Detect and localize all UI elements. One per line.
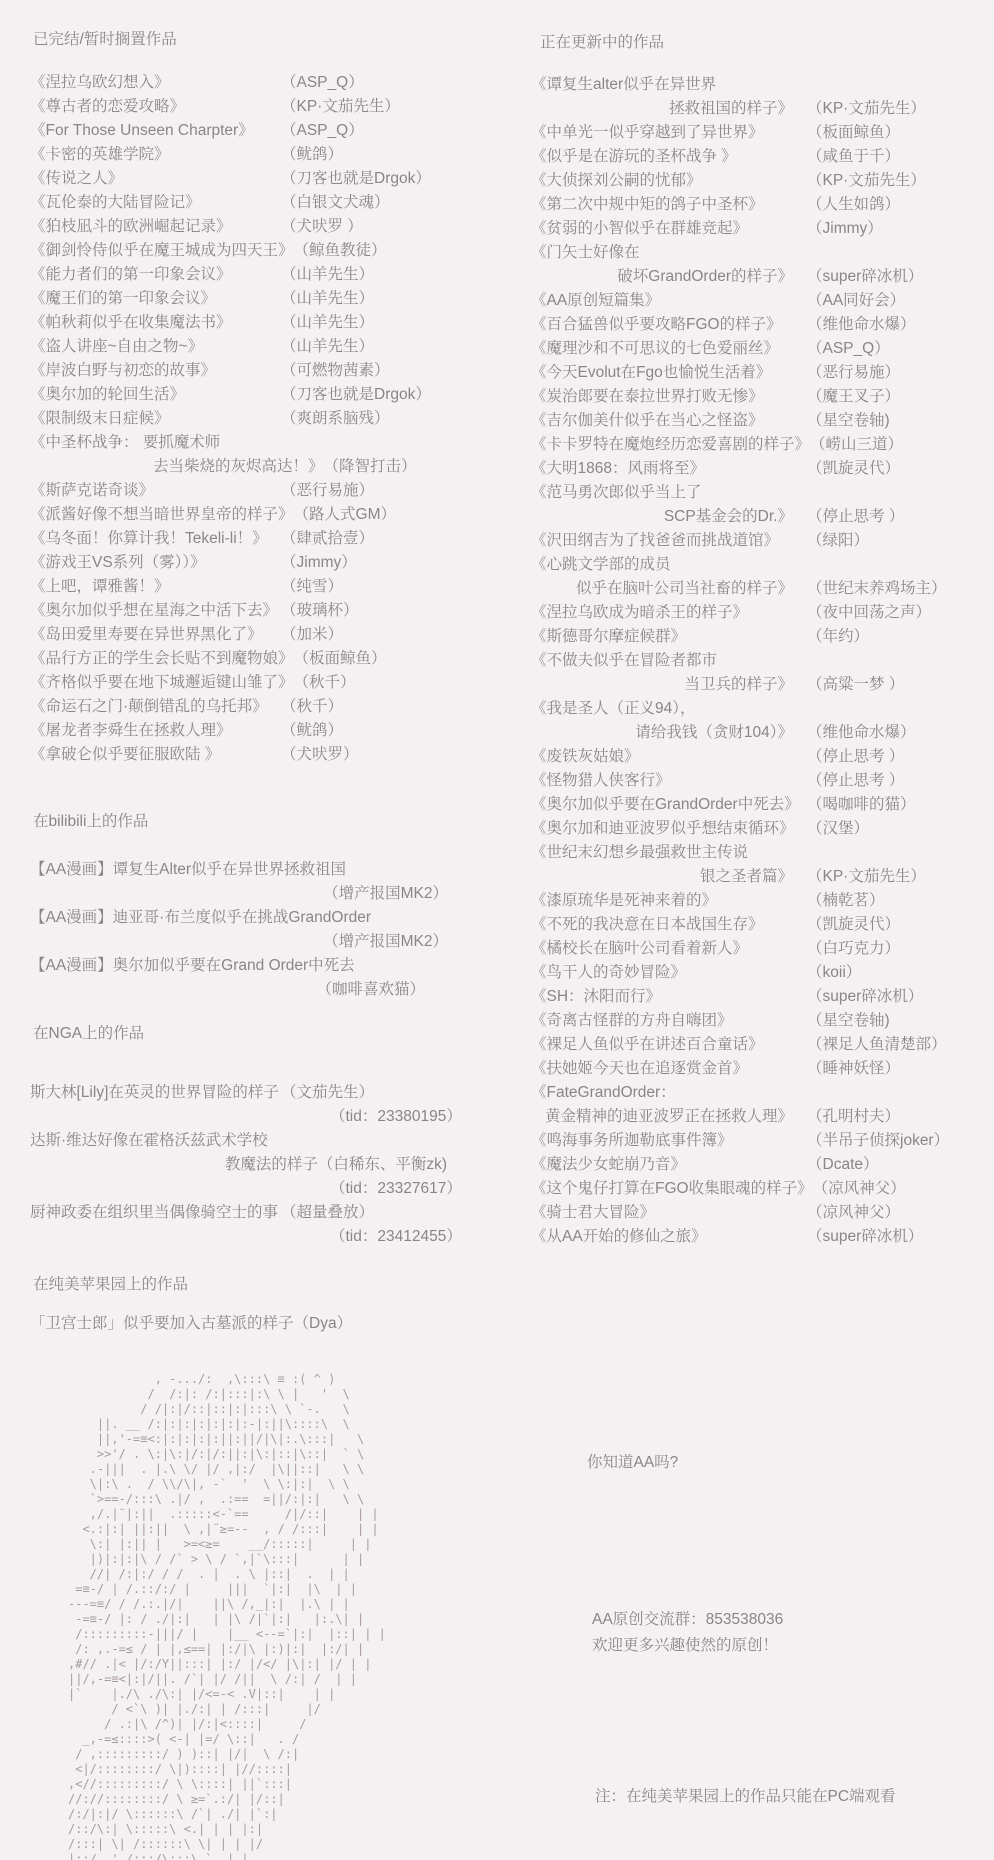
- work-title: 《世纪末幻想乡最强救世主传说: [531, 841, 807, 865]
- work-title: 《漆原琉华是死神来着的》: [531, 889, 807, 913]
- work-title: （tid：23380195）: [30, 1105, 462, 1129]
- work-row: 《心跳文学部的成员: [531, 553, 991, 577]
- work-title: 教魔法的样子（白稀东、平衡zk): [30, 1153, 447, 1177]
- work-author: （刀客也就是Drgok）: [281, 167, 431, 191]
- work-title: 【AA漫画】奥尔加似乎要在Grand Order中死去: [30, 954, 355, 978]
- work-title: 《派酱好像不想当暗世界皇帝的样子》: [30, 503, 294, 527]
- work-row: 「卫宫士郎」似乎要加入古墓派的样子 （Dya）: [30, 1312, 480, 1336]
- work-author: （崂山三道）: [810, 433, 903, 457]
- work-row: 《拿破仑似乎要征服欧陆 》 （犬吠罗）: [30, 743, 460, 767]
- work-title: 《奥尔加似乎要在GrandOrder中死去》: [531, 793, 807, 817]
- section-header-finished: 已完结/暂时搁置作品: [33, 28, 177, 52]
- work-row: 《AA原创短篇集》 （AA同好会）: [531, 289, 991, 313]
- work-title: 《第二次中规中矩的鸽子中圣杯》: [531, 193, 807, 217]
- work-title: 《怪物猎人侠客行》: [531, 769, 807, 793]
- work-row: 《游戏王VS系列（雾））》 （Jimmy）: [30, 551, 460, 575]
- note-welcome: 欢迎更多兴趣使然的原创！: [592, 1633, 778, 1659]
- work-row: 《卡卡罗特在魔炮经历恋爱喜剧的样子》 （崂山三道）: [531, 433, 991, 457]
- work-title: 《似乎是在游玩的圣杯战争 》: [531, 145, 807, 169]
- work-title: 《品行方正的学生会长贴不到魔物娘》: [30, 647, 294, 671]
- work-row: 《第二次中规中矩的鸽子中圣杯》 （人生如鸽）: [531, 193, 991, 217]
- section-header-bilibili: 在bilibili上的作品: [33, 810, 148, 834]
- work-author: （板面鲸鱼）: [294, 647, 387, 671]
- updating-works-list: 《谭复生alter似乎在异世界 拯救祖国的样子》 （KP·文茄先生） 《中单光一…: [531, 73, 991, 1249]
- work-title: 《不做夫似乎在冒险者都市: [531, 649, 807, 673]
- work-author: （半吊子侦探joker）: [807, 1129, 949, 1153]
- work-row: 《奥尔加似乎想在星海之中活下去》 （玻璃杯）: [30, 599, 460, 623]
- work-author: （山羊先生）: [281, 263, 374, 287]
- work-title: 《骑士君大冒险》: [531, 1201, 807, 1225]
- work-row: 斯大林[Lily]在英灵的世界冒险的样子 （文茄先生）: [30, 1081, 480, 1105]
- work-title: 《沢田纲吉为了找爸爸而挑战道馆》: [531, 529, 807, 553]
- work-row: 《瓦伦泰的大陆冒险记》 （白银文犬魂）: [30, 191, 460, 215]
- work-author: （楠乾茗）: [807, 889, 885, 913]
- work-row: 《奇离古怪群的方舟自嗨团》 （星空卷轴): [531, 1009, 991, 1033]
- work-title: 《范马勇次郎似乎当上了: [531, 481, 807, 505]
- work-title: （咖啡喜欢猫）: [30, 978, 425, 1002]
- work-author: （ASP_Q）: [807, 337, 890, 361]
- work-row: （tid：23412455）: [30, 1225, 480, 1249]
- work-title: 《御剑怜侍似乎在魔王城成为四天王》: [30, 239, 294, 263]
- work-author: （文茄先生）: [281, 1081, 374, 1105]
- work-row: 《FateGrandOrder：: [531, 1081, 991, 1105]
- work-author: （魔王叉子）: [807, 385, 900, 409]
- work-row: SCP基金会的Dr.》 （停止思考 ）: [531, 505, 991, 529]
- work-title: 《拿破仑似乎要征服欧陆 》: [30, 743, 281, 767]
- work-author: （ASP_Q）: [281, 71, 364, 95]
- work-author: （刀客也就是Drgok）: [281, 383, 431, 407]
- work-author: （super碎冰机）: [807, 1225, 923, 1249]
- work-title: 《斯德哥尔摩症候群》: [531, 625, 807, 649]
- work-author: （凉风神父）: [813, 1177, 906, 1201]
- work-author: （板面鲸鱼）: [807, 121, 900, 145]
- work-row: 《奥尔加似乎要在GrandOrder中死去》 （喝咖啡的猫）: [531, 793, 991, 817]
- work-author: （超量叠放）: [281, 1201, 374, 1225]
- work-row: （增产报国MK2）: [30, 882, 470, 906]
- work-row: 《似乎是在游玩的圣杯战争 》 （咸鱼于千）: [531, 145, 991, 169]
- work-author: （恶行易施）: [807, 361, 900, 385]
- work-row: 《中圣杯战争： 要抓魔术师: [30, 431, 460, 455]
- note-group-number: AA原创交流群：853538036: [592, 1607, 783, 1633]
- work-title: 《瓦伦泰的大陆冒险记》: [30, 191, 281, 215]
- work-author: （纯雪）: [281, 575, 343, 599]
- work-title: 《橘校长在脑叶公司看着新人》: [531, 937, 807, 961]
- work-row: 《岛田爱里寿要在异世界黑化了》 （加米）: [30, 623, 460, 647]
- work-title: 《FateGrandOrder：: [531, 1081, 807, 1105]
- work-title: （tid：23412455）: [30, 1225, 462, 1249]
- work-title: 《从AA开始的修仙之旅》: [531, 1225, 807, 1249]
- section-header-nga: 在NGA上的作品: [33, 1022, 144, 1046]
- work-author: （KP·文茄先生）: [281, 95, 400, 119]
- work-row: 当卫兵的样子》 （高粱一梦 ）: [531, 673, 991, 697]
- work-row: 厨神政委在组织里当偶像骑空士的事 （超量叠放）: [30, 1201, 480, 1225]
- work-title: 《涅拉乌欧幻想入》: [30, 71, 281, 95]
- nga-works-list: 斯大林[Lily]在英灵的世界冒险的样子 （文茄先生） （tid：2338019…: [30, 1081, 480, 1249]
- work-title: 《齐格似乎要在地下城邂逅键山雏了》: [30, 671, 294, 695]
- work-row: 《范马勇次郎似乎当上了: [531, 481, 991, 505]
- work-author: （koii）: [807, 961, 861, 985]
- work-author: （喝咖啡的猫）: [807, 793, 916, 817]
- work-author: （秋千）: [294, 671, 356, 695]
- work-author: （super碎冰机）: [807, 985, 923, 1009]
- work-author: （加米）: [281, 623, 343, 647]
- work-title: 《扶她姬今天也在追逐赏金首》: [531, 1057, 807, 1081]
- work-row: 《沢田纲吉为了找爸爸而挑战道馆》 （绿阳）: [531, 529, 991, 553]
- work-row: 《不死的我决意在日本战国生存》 （凯旋灵代）: [531, 913, 991, 937]
- work-row: 《帕秋莉似乎在收集魔法书》 （山羊先生）: [30, 311, 460, 335]
- work-row: 《今天Evolut在Fgo也愉悦生活着》 （恶行易施）: [531, 361, 991, 385]
- work-row: 《鸣海事务所迦勒底事件簿》 （半吊子侦探joker）: [531, 1129, 991, 1153]
- work-author: （爽朗系脑残）: [281, 407, 390, 431]
- work-author: （秋千）: [281, 695, 343, 719]
- work-row: 【AA漫画】谭复生Alter似乎在异世界拯救祖国: [30, 858, 470, 882]
- work-title: 《卡卡罗特在魔炮经历恋爱喜剧的样子》: [531, 433, 810, 457]
- finished-works-list: 《涅拉乌欧幻想入》 （ASP_Q） 《尊古者的恋爱攻略》 （KP·文茄先生） 《…: [30, 71, 460, 767]
- work-row: 《扶她姬今天也在追逐赏金首》 （睡神妖怪）: [531, 1057, 991, 1081]
- work-title: 《奥尔加似乎想在星海之中活下去》: [30, 599, 281, 623]
- work-row: 《百合猛兽似乎要攻略FGO的样子》 （维他命水爆）: [531, 313, 991, 337]
- work-author: （白巧克力）: [807, 937, 900, 961]
- work-author: （Dya）: [294, 1312, 353, 1336]
- work-title: SCP基金会的Dr.》: [531, 505, 807, 529]
- bilibili-works-list: 【AA漫画】谭复生Alter似乎在异世界拯救祖国 （增产报国MK2） 【AA漫画…: [30, 858, 470, 1002]
- work-author: （人生如鸽）: [807, 193, 900, 217]
- work-title: 《百合猛兽似乎要攻略FGO的样子》: [531, 313, 807, 337]
- work-author: （山羊先生）: [281, 335, 374, 359]
- work-author: （停止思考 ）: [807, 769, 904, 793]
- work-title: 《帕秋莉似乎在收集魔法书》: [30, 311, 281, 335]
- ascii-art: , -.../: ,\:::\ ≡ :( ^ ) / /:|: /:|:::|:…: [68, 1372, 386, 1860]
- work-title: 《不死的我决意在日本战国生存》: [531, 913, 807, 937]
- work-title: 《For Those Unseen Charpter》: [30, 119, 281, 143]
- work-row: 《奥尔加的轮回生活》 （刀客也就是Drgok）: [30, 383, 460, 407]
- work-row: 《限制级末日症候》 （爽朗系脑残）: [30, 407, 460, 431]
- section-header-appleyuan: 在纯美苹果园上的作品: [33, 1273, 188, 1297]
- work-title: 《我是圣人（正义94），: [531, 697, 807, 721]
- section-header-updating: 正在更新中的作品: [540, 31, 664, 55]
- work-title: 《乌冬面！你算计我！Tekeli-li！》: [30, 527, 281, 551]
- work-author: （Dcate）: [807, 1153, 879, 1177]
- work-title: 请给我钱（贪财104）》: [531, 721, 807, 745]
- work-title: 当卫兵的样子》: [531, 673, 807, 697]
- work-author: （凉风神父）: [807, 1201, 900, 1225]
- work-row: 《卡密的英雄学院》 （鱿鸽）: [30, 143, 460, 167]
- work-row: 《SH：沐阳而行》 （super碎冰机）: [531, 985, 991, 1009]
- work-row: 《齐格似乎要在地下城邂逅键山雏了》 （秋千）: [30, 671, 460, 695]
- work-row: 《大明1868：风雨将至》 （凯旋灵代）: [531, 457, 991, 481]
- work-row: 请给我钱（贪财104）》 （维他命水爆）: [531, 721, 991, 745]
- work-row: 《吉尔伽美什似乎在当心之怪盗》 （星空卷轴): [531, 409, 991, 433]
- work-title: 《中单光一似乎穿越到了异世界》: [531, 121, 807, 145]
- work-title: 《尊古者的恋爱攻略》: [30, 95, 281, 119]
- work-row: 黄金精神的迪亚波罗正在拯救人理》 （孔明村夫）: [531, 1105, 991, 1129]
- work-title: 破坏GrandOrder的样子》: [531, 265, 807, 289]
- work-row: 《乌冬面！你算计我！Tekeli-li！》 （肆贰拾壹）: [30, 527, 460, 551]
- work-row: 【AA漫画】迪亚哥·布兰度似乎在挑战GrandOrder: [30, 906, 470, 930]
- work-title: 《岛田爱里寿要在异世界黑化了》: [30, 623, 281, 647]
- work-author: （白银文犬魂）: [281, 191, 390, 215]
- work-author: （鱿鸽）: [281, 719, 343, 743]
- work-title: 斯大林[Lily]在英灵的世界冒险的样子: [30, 1081, 281, 1105]
- work-title: 《岸波白野与初恋的故事》: [30, 359, 281, 383]
- work-author: （凯旋灵代）: [807, 913, 900, 937]
- work-author: （KP·文茄先生）: [807, 97, 926, 121]
- work-row: 破坏GrandOrder的样子》 （super碎冰机）: [531, 265, 991, 289]
- work-row: 达斯·维达好像在霍格沃兹武术学校: [30, 1129, 480, 1153]
- work-title: 《炭治郎要在泰拉世界打败无惨》: [531, 385, 807, 409]
- work-author: （Jimmy）: [281, 551, 357, 575]
- work-author: （ASP_Q）: [281, 119, 364, 143]
- work-title: 《鸣海事务所迦勒底事件簿》: [531, 1129, 807, 1153]
- work-title: 《传说之人》: [30, 167, 281, 191]
- work-row: 《贫弱的小智似乎在群雄竞起》 （Jimmy）: [531, 217, 991, 241]
- work-row: （咖啡喜欢猫）: [30, 978, 470, 1002]
- work-row: 《我是圣人（正义94），: [531, 697, 991, 721]
- work-row: 《屠龙者李舜生在拯救人理》 （鱿鸽）: [30, 719, 460, 743]
- work-row: 《骑士君大冒险》 （凉风神父）: [531, 1201, 991, 1225]
- work-title: 《上吧，谭雅酱！》: [30, 575, 281, 599]
- work-title: 拯救祖国的样子》: [531, 97, 807, 121]
- work-row: 银之圣者篇》 （KP·文茄先生）: [531, 865, 991, 889]
- work-row: 《狛枝凪斗的欧洲崛起记录》 （犬吠罗 ）: [30, 215, 460, 239]
- work-title: 《能力者们的第一印象会议》: [30, 263, 281, 287]
- work-row: 《涅拉乌欧成为暗杀王的样子》 （夜中回荡之声）: [531, 601, 991, 625]
- works-list-page: 已完结/暂时搁置作品 《涅拉乌欧幻想入》 （ASP_Q） 《尊古者的恋爱攻略》 …: [0, 0, 994, 1860]
- work-row: 《从AA开始的修仙之旅》 （super碎冰机）: [531, 1225, 991, 1249]
- work-title: 《斯萨克诺奇谈》: [30, 479, 281, 503]
- work-row: （tid：23380195）: [30, 1105, 480, 1129]
- work-author: （鲸鱼教徒）: [294, 239, 387, 263]
- work-title: 《谭复生alter似乎在异世界: [531, 73, 807, 97]
- work-title: 黄金精神的迪亚波罗正在拯救人理》: [531, 1105, 807, 1129]
- work-title: 《心跳文学部的成员: [531, 553, 807, 577]
- work-row: 《魔王们的第一印象会议》 （山羊先生）: [30, 287, 460, 311]
- work-row: 《中单光一似乎穿越到了异世界》 （板面鲸鱼）: [531, 121, 991, 145]
- work-author: （玻璃杯）: [281, 599, 359, 623]
- work-author: （停止思考 ）: [807, 745, 904, 769]
- work-author: （KP·文茄先生）: [807, 169, 926, 193]
- work-author: （鱿鸽）: [281, 143, 343, 167]
- work-title: 《命运石之门·颠倒错乱的乌托邦》: [30, 695, 281, 719]
- work-title: 银之圣者篇》: [531, 865, 807, 889]
- work-title: 《吉尔伽美什似乎在当心之怪盗》: [531, 409, 807, 433]
- work-author: （山羊先生）: [281, 311, 374, 335]
- work-title: 【AA漫画】迪亚哥·布兰度似乎在挑战GrandOrder: [30, 906, 371, 930]
- work-row: 拯救祖国的样子》 （KP·文茄先生）: [531, 97, 991, 121]
- work-title: 《魔法少女蛇崩乃音》: [531, 1153, 807, 1177]
- work-row: 《上吧，谭雅酱！》 （纯雪）: [30, 575, 460, 599]
- work-title: 《卡密的英雄学院》: [30, 143, 281, 167]
- work-title: 《盗人讲座~自由之物~》: [30, 335, 281, 359]
- work-title: （增产报国MK2）: [30, 930, 448, 954]
- work-title: 《贫弱的小智似乎在群雄竞起》: [531, 217, 807, 241]
- work-author: （高粱一梦 ）: [807, 673, 904, 697]
- work-title: 《大侦探刘公嗣的忧郁》: [531, 169, 807, 193]
- work-row: 《怪物猎人侠客行》 （停止思考 ）: [531, 769, 991, 793]
- work-author: （降智打击）: [324, 455, 417, 479]
- work-row: 《世纪末幻想乡最强救世主传说: [531, 841, 991, 865]
- work-row: 《能力者们的第一印象会议》 （山羊先生）: [30, 263, 460, 287]
- work-author: （恶行易施）: [281, 479, 374, 503]
- work-title: 《今天Evolut在Fgo也愉悦生活着》: [531, 361, 807, 385]
- work-row: 【AA漫画】奥尔加似乎要在Grand Order中死去: [30, 954, 470, 978]
- work-title: 《奥尔加和迪亚波罗似乎想结束循环》: [531, 817, 807, 841]
- work-author: （绿阳）: [807, 529, 869, 553]
- work-title: 《裸足人鱼似乎在讲述百合童话》: [531, 1033, 807, 1057]
- work-row: 《奥尔加和迪亚波罗似乎想结束循环》 （汉堡）: [531, 817, 991, 841]
- work-row: 似乎在脑叶公司当社畜的样子》 （世纪末养鸡场主）: [531, 577, 991, 601]
- work-title: 【AA漫画】谭复生Alter似乎在异世界拯救祖国: [30, 858, 346, 882]
- work-title: 《鸟干人的奇妙冒险》: [531, 961, 807, 985]
- work-author: （路人式GM）: [294, 503, 396, 527]
- work-row: 《涅拉乌欧幻想入》 （ASP_Q）: [30, 71, 460, 95]
- work-author: （犬吠罗）: [281, 743, 359, 767]
- work-title: 《狛枝凪斗的欧洲崛起记录》: [30, 215, 281, 239]
- work-author: （汉堡）: [807, 817, 869, 841]
- work-title: 《大明1868：风雨将至》: [531, 457, 807, 481]
- work-row: 《漆原琉华是死神来着的》 （楠乾茗）: [531, 889, 991, 913]
- work-title: 似乎在脑叶公司当社畜的样子》: [531, 577, 807, 601]
- work-row: 《裸足人鱼似乎在讲述百合童话》 （裸足人鱼清楚部）: [531, 1033, 991, 1057]
- work-row: 《盗人讲座~自由之物~》 （山羊先生）: [30, 335, 460, 359]
- work-author: （星空卷轴): [807, 1009, 890, 1033]
- work-row: 《门矢士好像在: [531, 241, 991, 265]
- work-title: （tid：23327617）: [30, 1177, 462, 1201]
- work-author: （维他命水爆）: [807, 313, 916, 337]
- work-row: 《传说之人》 （刀客也就是Drgok）: [30, 167, 460, 191]
- work-row: 《派酱好像不想当暗世界皇帝的样子》 （路人式GM）: [30, 503, 460, 527]
- work-row: 《这个鬼仔打算在FGO收集眼魂的样子》 （凉风神父）: [531, 1177, 991, 1201]
- work-title: 《奥尔加的轮回生活》: [30, 383, 281, 407]
- work-author: （星空卷轴): [807, 409, 890, 433]
- work-title: 《游戏王VS系列（雾））》: [30, 551, 281, 575]
- note-pc-only: 注：在纯美苹果园上的作品只能在PC端观看: [595, 1784, 896, 1810]
- work-author: （年约）: [807, 625, 869, 649]
- work-row: 《For Those Unseen Charpter》 （ASP_Q）: [30, 119, 460, 143]
- work-title: 《屠龙者李舜生在拯救人理》: [30, 719, 281, 743]
- work-title: 《奇离古怪群的方舟自嗨团》: [531, 1009, 807, 1033]
- work-title: （增产报国MK2）: [30, 882, 448, 906]
- work-author: （世纪末养鸡场主）: [807, 577, 947, 601]
- work-row: 教魔法的样子（白稀东、平衡zk): [30, 1153, 480, 1177]
- work-row: 《橘校长在脑叶公司看着新人》 （白巧克力）: [531, 937, 991, 961]
- work-author: （山羊先生）: [281, 287, 374, 311]
- work-author: （Jimmy）: [807, 217, 883, 241]
- work-title: 《中圣杯战争： 要抓魔术师: [30, 431, 281, 455]
- work-row: 去当柴烧的灰烬高达！》 （降智打击）: [30, 455, 460, 479]
- work-row: 《尊古者的恋爱攻略》 （KP·文茄先生）: [30, 95, 460, 119]
- work-title: 《限制级末日症候》: [30, 407, 281, 431]
- work-author: （肆贰拾壹）: [281, 527, 374, 551]
- work-author: （犬吠罗 ）: [281, 215, 363, 239]
- work-title: 《这个鬼仔打算在FGO收集眼魂的样子》: [531, 1177, 813, 1201]
- work-title: 《AA原创短篇集》: [531, 289, 807, 313]
- work-author: （睡神妖怪）: [807, 1057, 900, 1081]
- work-title: 《涅拉乌欧成为暗杀王的样子》: [531, 601, 807, 625]
- work-row: 《魔理沙和不可思议的七色爱丽丝》 （ASP_Q）: [531, 337, 991, 361]
- work-row: 《岸波白野与初恋的故事》 （可燃物茜素）: [30, 359, 460, 383]
- work-title: 「卫宫士郎」似乎要加入古墓派的样子: [30, 1312, 294, 1336]
- work-title: 厨神政委在组织里当偶像骑空士的事: [30, 1201, 281, 1225]
- work-author: （AA同好会）: [807, 289, 905, 313]
- work-row: 《品行方正的学生会长贴不到魔物娘》 （板面鲸鱼）: [30, 647, 460, 671]
- work-title: 《门矢士好像在: [531, 241, 807, 265]
- work-title: 《废铁灰姑娘》: [531, 745, 807, 769]
- work-row: （tid：23327617）: [30, 1177, 480, 1201]
- work-row: 《废铁灰姑娘》 （停止思考 ）: [531, 745, 991, 769]
- work-row: 《不做夫似乎在冒险者都市: [531, 649, 991, 673]
- work-author: （夜中回荡之声）: [807, 601, 931, 625]
- work-author: （KP·文茄先生）: [807, 865, 926, 889]
- work-row: （增产报国MK2）: [30, 930, 470, 954]
- work-author: （孔明村夫）: [807, 1105, 900, 1129]
- work-row: 《斯萨克诺奇谈》 （恶行易施）: [30, 479, 460, 503]
- work-title: 达斯·维达好像在霍格沃兹武术学校: [30, 1129, 281, 1153]
- work-title: 去当柴烧的灰烬高达！》: [30, 455, 324, 479]
- work-title: 《魔王们的第一印象会议》: [30, 287, 281, 311]
- work-row: 《谭复生alter似乎在异世界: [531, 73, 991, 97]
- work-author: （凯旋灵代）: [807, 457, 900, 481]
- work-author: （super碎冰机）: [807, 265, 923, 289]
- work-row: 《魔法少女蛇崩乃音》 （Dcate）: [531, 1153, 991, 1177]
- work-row: 《御剑怜侍似乎在魔王城成为四天王》 （鲸鱼教徒）: [30, 239, 460, 263]
- work-row: 《大侦探刘公嗣的忧郁》 （KP·文茄先生）: [531, 169, 991, 193]
- work-row: 《斯德哥尔摩症候群》 （年约）: [531, 625, 991, 649]
- work-author: （停止思考 ）: [807, 505, 904, 529]
- work-row: 《鸟干人的奇妙冒险》 （koii）: [531, 961, 991, 985]
- work-row: 《命运石之门·颠倒错乱的乌托邦》 （秋千）: [30, 695, 460, 719]
- work-title: 《SH：沐阳而行》: [531, 985, 807, 1009]
- work-author: （咸鱼于千）: [807, 145, 900, 169]
- appleyuan-works-list: 「卫宫士郎」似乎要加入古墓派的样子 （Dya）: [30, 1312, 480, 1336]
- work-author: （裸足人鱼清楚部）: [807, 1033, 947, 1057]
- work-row: 《炭治郎要在泰拉世界打败无惨》 （魔王叉子）: [531, 385, 991, 409]
- work-author: （维他命水爆）: [807, 721, 916, 745]
- note-know-aa: 你知道AA吗?: [587, 1450, 678, 1476]
- work-author: （可燃物茜素）: [281, 359, 390, 383]
- work-title: 《魔理沙和不可思议的七色爱丽丝》: [531, 337, 807, 361]
